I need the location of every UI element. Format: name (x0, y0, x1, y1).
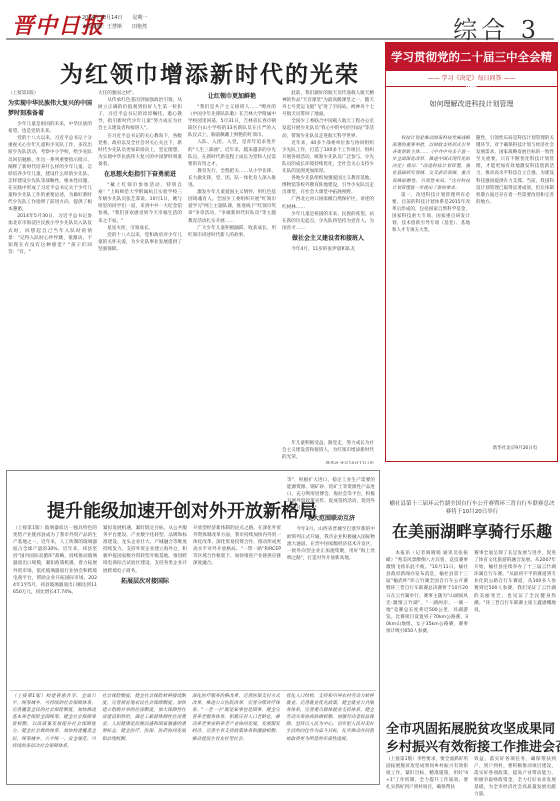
main-article-col3: 让红领巾更加鲜艳 "我们是共产主义接班人……"嘹亮的《中国少年先锋队队歌》在吉林… (188, 90, 276, 460)
main-headline: 为红领巾增添新时代的光荣 (60, 56, 360, 89)
study-box-header: 学习贯彻党的二十届三中全会精神 (386, 43, 557, 71)
bike-headline: 在美丽湖畔享骑行乐趣 (392, 519, 552, 542)
bottom-col1: （上接第1版）构建普惠共享、全面公平、统筹城乡、可持续的社会保障体系，完善覆盖全… (12, 693, 96, 781)
issue-meta: 2024年10月14日星期一 本版责编：王慧斯田艳然 (82, 14, 147, 32)
rural-col2: 效益，落实好各项任务，确保帮扶到户、到户到村。要积极推动项目建设，落实好各项政策… (474, 756, 556, 800)
bottom-col3: 深化医疗服务价格改革，完善医保支付方式改革，推进公立医院改革，完善分级诊疗体系。… (192, 693, 280, 781)
study-question-title: 如何理解改进科技计划管理 (386, 99, 557, 119)
study-col1: 科技计划是推动国家科技发展战略部署的重要举措，以财政支持形式引导各类创新主体……… (392, 135, 470, 445)
econ-headline: 提升能级加速开创对外开放新格局 (47, 497, 317, 523)
main-article-col2: 大任的强国之材"。 从传承红色基因到加强政治引领，从树立正确的价值观到扣好人生第… (98, 90, 182, 460)
study-col2: 随性、引领性布局是科技计划管理的关键环节。对于确保科技计划与经济社会发展需求、国… (476, 135, 554, 435)
rural-headline-line1: 全市巩固拓展脱贫攻坚成果同 (386, 718, 555, 737)
study-box-subheader: —— 学习《决定》每日问答 —— (386, 71, 557, 87)
main-article-tail: 年儿童积极受益、跟党走，努力成长为社会主义建设者和接班人，为红领巾增添新时代的光… (282, 440, 374, 464)
issue-date: 2024年10月14日 (82, 15, 122, 21)
divider-bottom (10, 690, 376, 691)
main-article-col4: 此前，我们做好的航天员传递载人航天精神的作品"天宫课堂"为最高级课堂之一，随天舟… (282, 90, 374, 460)
study-box: 学习贯彻党的二十届三中全会精神 —— 学习《决定》每日问答 —— 如何理解改进科… (385, 42, 558, 462)
rural-headline-line2: 乡村振兴有效衔接工作推进会召开 (386, 736, 560, 755)
main-article-col1: （上接第1版） 为实现中华民族伟大复兴的中国梦时刻准备着 少年儿童是祖国的未来，… (8, 90, 92, 460)
bike-col1: 本报讯（记者阎晓娟 通讯员张振嵘）"秀美风景醉倒八方宾客，竞技赛事激情飞扬乐此不… (386, 550, 468, 690)
editor-credit: 本版责编：王慧斯 (82, 24, 122, 30)
designer-credit: 田艳然 (132, 24, 147, 30)
main-byline: 新华社北京10月12日电 (282, 461, 374, 464)
rural-col1: （上接第1版）李哲要求，要全面抓好巩固拓展脱贫攻坚成果同乡村振兴有效衔接工作，紧… (386, 756, 468, 800)
issue-weekday: 星期一 (132, 15, 147, 21)
masthead: 晋中日报 2024年10月14日星期一 本版责编：王慧斯田艳然 综合 3 (6, 2, 554, 40)
section-title: 综合 3 (453, 10, 540, 45)
study-byline: 新华社北京9月26日电 (476, 445, 554, 455)
bike-kicker: 榆社县第十三届环云竹湖全国自行车公开赛暨环三晋自行车联赛总决赛将于10月20日举… (388, 500, 556, 516)
bottom-col2: 社会保险制度，健全社会保险转移接续制度，完善被征地农民社会保障制度。加快建立租购… (102, 693, 186, 781)
bottom-col4: 优化人口结构，支持和引导农村劳动力转移就业。完善就业优先政策，健全就业公共服务体… (286, 693, 374, 781)
bike-col2: 赛事全面呈现了长足发展与进步，促进了体育文化旅游的融合发展。从2007年开始，榆… (474, 550, 556, 690)
